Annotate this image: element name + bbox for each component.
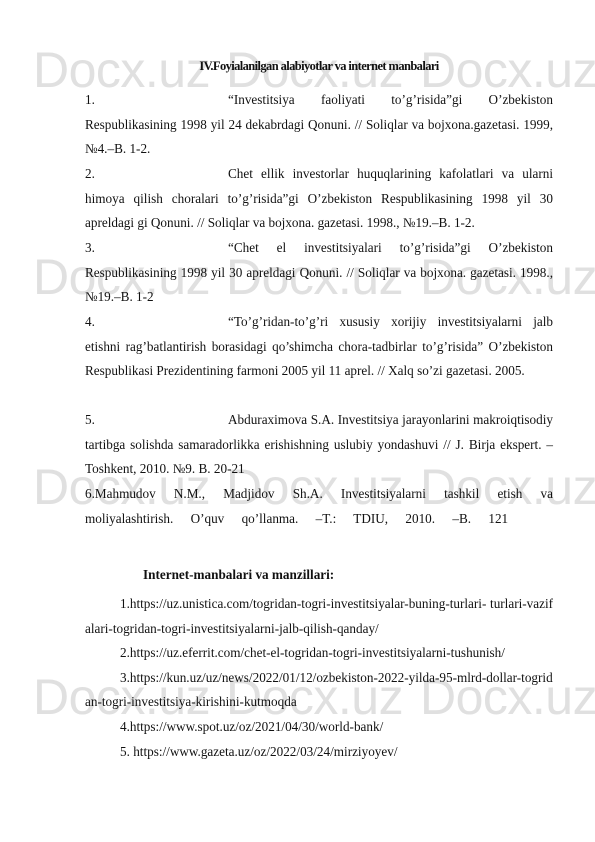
reference-number: 1. [85, 88, 228, 113]
reference-number: 2. [85, 162, 228, 187]
reference-number: 3. [85, 236, 228, 261]
reference-number: 5. [85, 408, 228, 433]
document-page: Docx.uz Docx.uz Docx.uz Docx.uz Docx.uz … [0, 0, 595, 842]
internet-source-link[interactable]: 4.https://www.spot.uz/oz/2021/04/30/worl… [85, 715, 553, 740]
internet-source-link[interactable]: 3.https://kun.uz/uz/news/2022/01/12/ozbe… [85, 666, 553, 715]
internet-sources-list: 1.https://uz.unistica.com/togridan-togri… [85, 592, 553, 764]
section-title: IV.Foyialanilgan alabiyotlar va internet… [85, 57, 553, 75]
reference-item: 1.“Investitsiya faoliyati to’g’risida”gi… [85, 88, 553, 162]
reference-item: 5.Abduraximova S.A. Investitsiya jarayon… [85, 408, 553, 482]
internet-sources-heading: Internet-manbalari va manzillari: [143, 566, 334, 584]
internet-source-link[interactable]: 2.https://uz.eferrit.com/chet-el-togrida… [85, 641, 553, 666]
reference-item: 6.Mahmudov N.M., Madjidov Sh.A. Investit… [85, 482, 553, 531]
internet-source-link[interactable]: 5. https://www.gazeta.uz/oz/2022/03/24/m… [85, 740, 553, 765]
reference-item: 3.“Chet el investitsiyalari to’g’risida”… [85, 236, 553, 310]
reference-number: 4. [85, 310, 228, 335]
reference-number: 6. [85, 486, 95, 501]
reference-item: 2.Chet ellik investorlar huquqlarining k… [85, 162, 553, 236]
internet-source-link[interactable]: 1.https://uz.unistica.com/togridan-togri… [85, 592, 553, 641]
reference-item: 4.“To’g’ridan-to’g’ri xususiy xorijiy in… [85, 310, 553, 384]
reference-text: Mahmudov N.M., Madjidov Sh.A. Investitsi… [85, 486, 553, 526]
